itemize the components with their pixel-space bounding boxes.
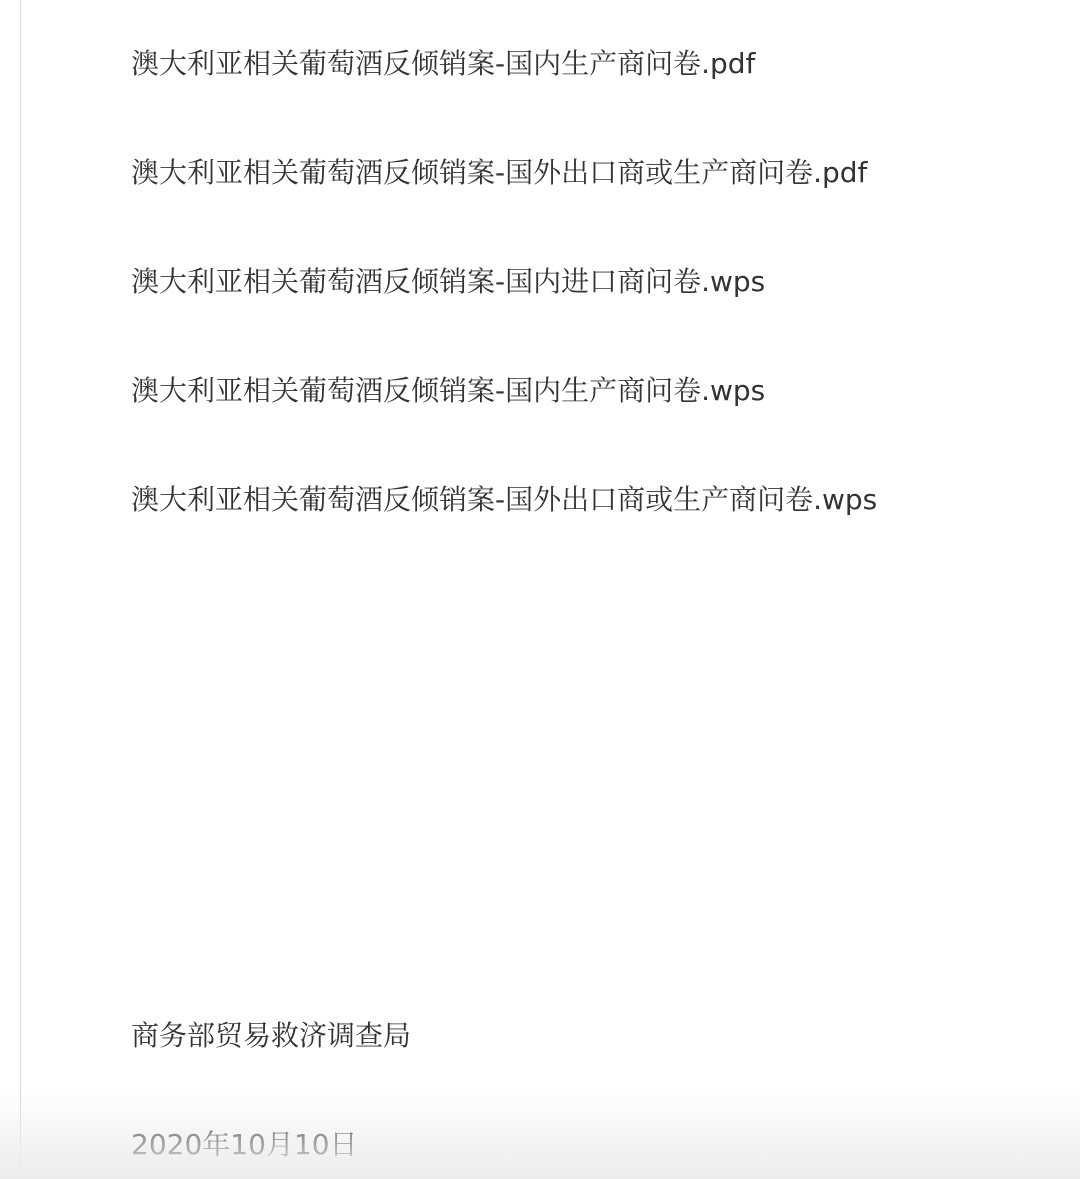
attachment-link-domestic-producer-wps[interactable]: 澳大利亚相关葡萄酒反倾销案-国内生产商问卷.wps (131, 371, 765, 411)
attachment-link-domestic-producer-pdf[interactable]: 澳大利亚相关葡萄酒反倾销案-国内生产商问卷.pdf (131, 44, 755, 84)
page-left-border (20, 0, 21, 1179)
attachment-link-foreign-exporter-wps[interactable]: 澳大利亚相关葡萄酒反倾销案-国外出口商或生产商问卷.wps (131, 480, 877, 520)
issuing-organization: 商务部贸易救济调查局 (131, 1016, 411, 1056)
attachment-link-domestic-importer-wps[interactable]: 澳大利亚相关葡萄酒反倾销案-国内进口商问卷.wps (131, 262, 765, 302)
attachment-link-foreign-exporter-pdf[interactable]: 澳大利亚相关葡萄酒反倾销案-国外出口商或生产商问卷.pdf (131, 153, 867, 193)
issue-date: 2020年10月10日 (131, 1125, 358, 1165)
